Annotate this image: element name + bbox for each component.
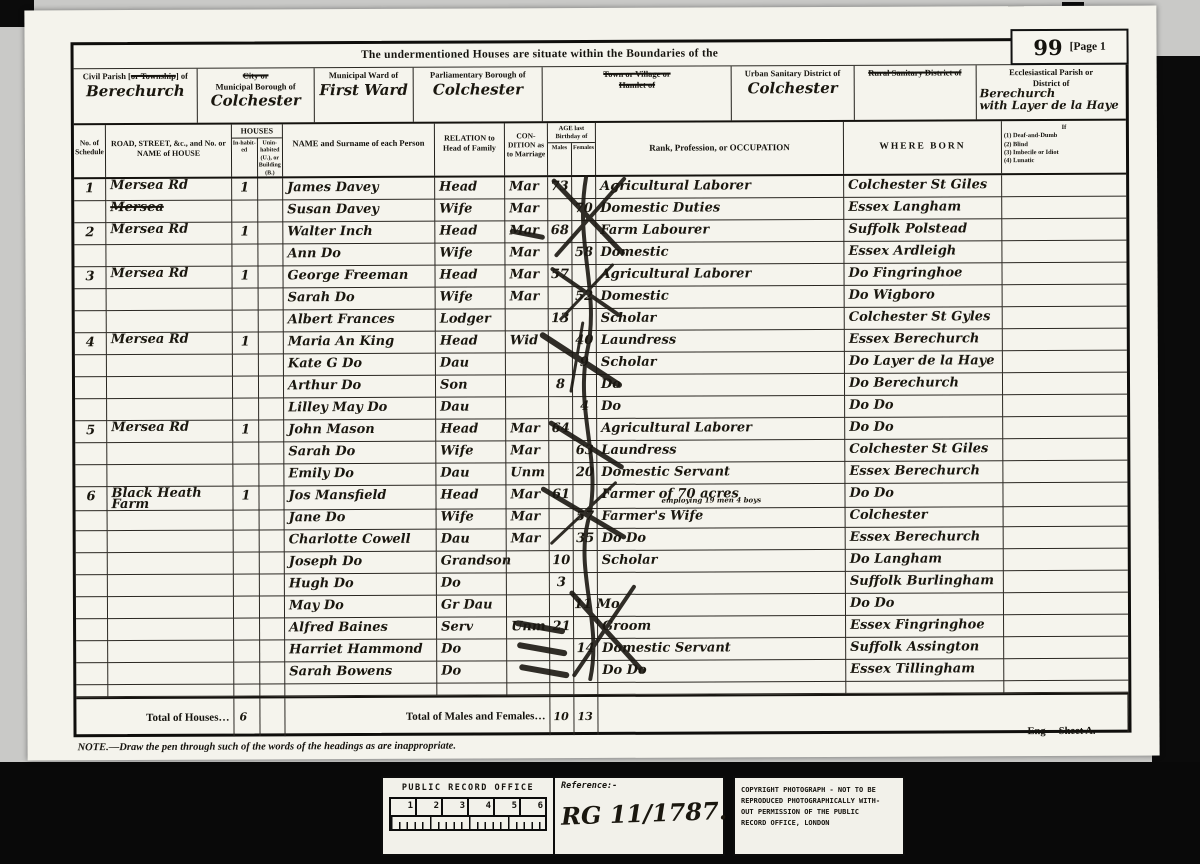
age-female-cell: 58 xyxy=(572,243,596,265)
schedule-cell xyxy=(75,443,107,465)
age-male-cell xyxy=(549,353,573,375)
folio-number: 99 xyxy=(1033,34,1062,59)
age-male-cell: 61 xyxy=(549,485,573,509)
ruler-ticks xyxy=(389,815,547,831)
age-male-cell xyxy=(549,287,573,309)
age-female-cell: 11 Mo xyxy=(574,595,598,617)
name-cell: Maria An King xyxy=(284,332,436,355)
where-born-cell: Do Do xyxy=(846,593,1004,616)
age-female-cell xyxy=(572,221,596,243)
inhabited-cell xyxy=(234,530,260,552)
schedule-cell xyxy=(75,355,107,377)
ruler-inch-number: 4 xyxy=(469,799,495,815)
relation-cell: Dau xyxy=(436,463,506,485)
condition-cell: Mar xyxy=(505,221,548,243)
where-born-cell: Essex Berechurch xyxy=(845,329,1003,352)
uninhabited-cell xyxy=(260,662,285,684)
relation-cell: Do xyxy=(437,639,507,661)
name-cell: May Do xyxy=(285,596,437,619)
road-cell xyxy=(107,443,233,466)
road-cell: Mersea Rd xyxy=(107,333,233,356)
col-header-females: Females xyxy=(572,143,595,176)
road-cell xyxy=(108,575,234,598)
relation-cell: Serv xyxy=(437,617,507,639)
disability-cell xyxy=(1003,329,1127,352)
condition-cell xyxy=(506,309,549,331)
occupation-cell: Do xyxy=(597,396,845,419)
relation-cell: Head xyxy=(435,221,505,243)
age-female-cell: 40 xyxy=(573,331,597,353)
name-cell: George Freeman xyxy=(283,266,435,289)
condition-cell: Mar xyxy=(505,177,548,199)
total-houses-label: Total of Houses… xyxy=(76,699,234,738)
relation-cell: Wife xyxy=(435,199,505,221)
total-houses-value: 6 xyxy=(234,698,260,736)
disability-cell xyxy=(1004,593,1128,616)
inhabited-cell xyxy=(233,442,259,464)
age-female-cell xyxy=(574,573,598,595)
disability-cell xyxy=(1004,527,1128,550)
schedule-cell xyxy=(76,597,108,619)
occupation-cell: Domestic Servant xyxy=(598,638,846,661)
relation-cell: Wife xyxy=(436,287,506,309)
road-cell xyxy=(108,553,234,576)
disability-cell xyxy=(1003,395,1127,418)
relation-cell: Dau xyxy=(437,529,507,551)
disability-cell xyxy=(1003,307,1127,330)
age-female-cell: 63 xyxy=(573,441,597,463)
table-header: No. ofSchedule ROAD, STREET, &c., and No… xyxy=(74,121,1126,180)
road-cell xyxy=(108,663,234,686)
inhabited-cell xyxy=(234,552,260,574)
condition-cell xyxy=(507,595,550,617)
schedule-cell xyxy=(76,575,108,597)
disability-cell xyxy=(1004,505,1128,528)
road-cell xyxy=(108,641,234,664)
col-header-inhabited: In-habit-ed xyxy=(232,138,258,177)
occupation-cell: Scholar xyxy=(598,550,846,573)
col-header-name: NAME and Surname of each Person xyxy=(283,124,435,177)
where-born-cell: Do Do xyxy=(845,483,1003,508)
age-male-cell xyxy=(550,595,574,617)
condition-cell: Mar xyxy=(506,287,549,309)
inhabited-cell: 1 xyxy=(232,222,258,244)
relation-cell: Gr Dau xyxy=(437,595,507,617)
district-label: Rural Sanitary District of xyxy=(857,67,972,78)
district-label: Town or Village or Hamlet of xyxy=(546,68,728,90)
age-male-cell xyxy=(550,529,574,551)
uninhabited-cell xyxy=(259,310,284,332)
road-cell: Mersea Rd xyxy=(106,223,232,246)
where-born-cell: Suffolk Polstead xyxy=(844,219,1002,242)
reference-label: Reference:- xyxy=(561,781,717,791)
reference-box: Reference:- RG 11/1787. xyxy=(555,778,723,854)
disability-cell xyxy=(1002,175,1126,198)
occupation-cell: Farmer's Wife xyxy=(598,506,846,529)
name-cell: John Mason xyxy=(284,420,436,443)
inhabited-cell xyxy=(233,398,259,420)
district-value: Colchester xyxy=(735,80,850,96)
inhabited-cell: 1 xyxy=(232,266,258,288)
relation-cell: Dau xyxy=(436,353,506,375)
road-cell xyxy=(107,377,233,400)
name-cell: Susan Davey xyxy=(283,200,435,223)
ruler-inch-number: 6 xyxy=(521,799,545,815)
road-cell: Mersea xyxy=(106,201,232,224)
relation-cell: Dau xyxy=(436,397,506,419)
age-male-cell: 57 xyxy=(548,265,572,287)
where-born-cell: Essex Fingringhoe xyxy=(846,615,1004,638)
where-born-cell: Suffolk Assington xyxy=(846,637,1004,660)
relation-cell: Head xyxy=(435,265,505,287)
page-label: [Page 1 xyxy=(1070,41,1106,53)
disability-cell xyxy=(1002,219,1126,242)
condition-cell: Wid xyxy=(506,331,549,353)
condition-cell xyxy=(507,661,550,683)
uninhabited-cell xyxy=(258,222,283,244)
inhabited-cell xyxy=(234,596,260,618)
relation-cell: Son xyxy=(436,375,506,397)
road-cell xyxy=(107,465,233,488)
table-body: 1Mersea Rd1James DaveyHeadMar73Agricultu… xyxy=(74,175,1128,686)
name-cell: Joseph Do xyxy=(285,552,437,575)
age-female-cell: 9 xyxy=(573,353,597,375)
name-cell: Walter Inch xyxy=(283,222,435,245)
district-cell-4: Town or Village or Hamlet of xyxy=(543,66,732,121)
reference-value: RG 11/1787. xyxy=(561,796,718,830)
age-female-cell: 52 xyxy=(573,287,597,309)
uninhabited-cell xyxy=(260,508,285,530)
road-cell xyxy=(107,355,233,378)
uninhabited-cell xyxy=(259,420,284,442)
condition-cell: Mar xyxy=(506,441,549,463)
total-males-females-label: Total of Males and Females… xyxy=(285,697,550,736)
condition-cell: Mar xyxy=(507,507,550,529)
relation-cell: Do xyxy=(437,573,507,595)
district-cell-2: Municipal Ward ofFirst Ward xyxy=(314,68,414,122)
age-female-cell xyxy=(574,661,598,683)
occupation-cell: Scholar xyxy=(597,352,845,375)
name-cell: Ann Do xyxy=(283,244,435,267)
occupation-note: employing 19 men 4 boys xyxy=(661,496,761,503)
age-male-cell xyxy=(550,507,574,529)
uninhabited-cell xyxy=(259,486,284,510)
inhabited-cell xyxy=(234,640,260,662)
age-male-cell: 3 xyxy=(550,573,574,595)
age-male-cell: 21 xyxy=(550,617,574,639)
disability-cell xyxy=(1003,417,1127,440)
inhabited-cell: 1 xyxy=(233,332,259,354)
name-cell: James Davey xyxy=(283,178,435,201)
age-female-cell: 35 xyxy=(574,529,598,551)
condition-cell: Mar xyxy=(505,199,548,221)
uninhabited-cell xyxy=(259,354,284,376)
footnote: NOTE.—Draw the pen through such of the w… xyxy=(78,741,456,754)
where-born-cell: Do Layer de la Haye xyxy=(845,351,1003,374)
occupation-cell: Agricultural Laborer xyxy=(597,418,845,441)
where-born-cell: Do Do xyxy=(845,395,1003,418)
inhabited-cell xyxy=(234,618,260,640)
road-cell xyxy=(108,531,234,554)
schedule-cell xyxy=(75,289,107,311)
ruler-inch-number: 3 xyxy=(443,799,469,815)
col-header-relation: RELATION to Head of Family xyxy=(435,123,505,175)
name-cell: Lilley May Do xyxy=(284,398,436,421)
schedule-cell: 4 xyxy=(75,333,107,355)
relation-cell: Head xyxy=(436,485,506,509)
road-cell xyxy=(106,245,232,268)
copyright-notice: COPYRIGHT PHOTOGRAPH - NOT TO BE REPRODU… xyxy=(733,776,905,856)
col-header-houses: HOUSES In-habit-ed Unin-habited (U.), or… xyxy=(232,124,283,176)
road-cell: Mersea Rd xyxy=(106,179,232,202)
uninhabited-cell xyxy=(259,332,284,354)
uninhabited-cell xyxy=(258,178,283,200)
schedule-cell xyxy=(74,201,106,223)
condition-cell: Unm xyxy=(506,463,549,485)
total-females-value: 13 xyxy=(574,697,598,735)
name-cell: Sarah Bowens xyxy=(285,662,437,685)
inhabited-cell xyxy=(233,288,259,310)
disability-cell xyxy=(1004,659,1128,682)
inhabited-cell xyxy=(234,574,260,596)
occupation-cell: Domestic Duties xyxy=(596,198,844,221)
age-female-cell xyxy=(573,309,597,331)
condition-cell: Unm xyxy=(507,617,550,639)
uninhabited-cell xyxy=(260,640,285,662)
inhabited-cell xyxy=(232,244,258,266)
col-header-age: AGE last Birthday of Males Females xyxy=(548,123,596,175)
name-cell: Harriet Hammond xyxy=(285,640,437,663)
district-cell-0: Civil Parish [or Township] ofBerechurch xyxy=(74,69,199,124)
name-cell: Charlotte Cowell xyxy=(285,530,437,553)
age-male-cell: 68 xyxy=(548,221,572,243)
where-born-cell: Do Berechurch xyxy=(845,373,1003,396)
name-cell: Jane Do xyxy=(285,508,437,531)
district-value: Berechurch with Layer de la Haye xyxy=(980,88,1123,112)
col-header-uninhabited: Unin-habited (U.), or Building (B.) xyxy=(257,138,282,177)
disability-cell xyxy=(1004,549,1128,572)
inhabited-cell xyxy=(234,508,260,530)
condition-cell: Mar xyxy=(505,265,548,287)
where-born-cell: Do Wigboro xyxy=(845,285,1003,308)
schedule-cell: 2 xyxy=(74,223,106,245)
occupation-cell: Laundress xyxy=(597,330,845,353)
uninhabited-cell xyxy=(260,596,285,618)
name-cell: Albert Frances xyxy=(284,310,436,333)
occupation-cell: Scholar xyxy=(597,308,845,331)
schedule-cell xyxy=(76,641,108,663)
name-cell: Sarah Do xyxy=(284,442,436,465)
age-male-cell: 64 xyxy=(549,419,573,441)
occupation-cell xyxy=(598,594,846,617)
form-title: The undermentioned Houses are situate wi… xyxy=(74,46,1006,62)
census-sheet: The undermentioned Houses are situate wi… xyxy=(24,6,1159,761)
inhabited-cell xyxy=(234,662,260,684)
age-female-cell: 57 xyxy=(574,507,598,529)
uninhabited-cell xyxy=(259,376,284,398)
condition-cell xyxy=(507,551,550,573)
occupation-cell: Domestic xyxy=(597,286,845,309)
age-male-cell: 10 xyxy=(550,551,574,573)
condition-cell: Mar xyxy=(506,419,549,441)
pro-office-box: PUBLIC RECORD OFFICE 123456 xyxy=(383,778,555,854)
name-cell: Hugh Do xyxy=(285,574,437,597)
relation-cell: Wife xyxy=(435,243,505,265)
age-male-cell xyxy=(548,243,572,265)
uninhabited-cell xyxy=(259,288,284,310)
col-header-where-born: WHERE BORN xyxy=(844,121,1002,174)
district-cell-6: Rural Sanitary District of xyxy=(854,65,977,120)
age-male-cell xyxy=(549,441,573,463)
occupation-cell: Do Do xyxy=(598,660,846,683)
disability-cell xyxy=(1003,483,1127,508)
age-female-cell xyxy=(574,617,598,639)
col-header-road: ROAD, STREET, &c., and No. or NAME of HO… xyxy=(106,125,232,178)
inhabited-cell xyxy=(232,200,258,222)
where-born-cell: Colchester St Gyles xyxy=(845,307,1003,330)
road-cell xyxy=(107,289,233,312)
age-female-cell: 14 xyxy=(574,639,598,661)
condition-cell xyxy=(506,353,549,375)
relation-cell: Lodger xyxy=(436,309,506,331)
age-female-cell xyxy=(572,177,596,199)
schedule-cell xyxy=(76,509,108,531)
name-cell: Alfred Baines xyxy=(285,618,437,641)
condition-cell: Mar xyxy=(506,485,549,509)
age-female-cell: 20 xyxy=(573,463,597,485)
disability-cell xyxy=(1004,637,1128,660)
occupation-cell: Agricultural Laborer xyxy=(596,176,844,199)
road-cell xyxy=(107,399,233,422)
age-female-cell: 70 xyxy=(572,199,596,221)
schedule-cell xyxy=(74,245,106,267)
district-label: Urban Sanitary District of xyxy=(735,68,850,79)
district-cell-1: City orMunicipal Borough ofColchester xyxy=(198,68,315,123)
inhabited-cell: 1 xyxy=(232,178,258,200)
uninhabited-cell xyxy=(259,464,284,486)
census-form: The undermentioned Houses are situate wi… xyxy=(71,38,1132,738)
relation-cell: Grandson xyxy=(437,551,507,573)
age-male-cell: 13 xyxy=(549,309,573,331)
district-label: Civil Parish [or Township] of xyxy=(77,71,194,82)
col-header-schedule: No. ofSchedule xyxy=(74,125,106,177)
road-cell: Mersea Rd xyxy=(106,267,232,290)
disability-cell xyxy=(1003,439,1127,462)
occupation-cell: Groom xyxy=(598,616,846,639)
where-born-cell: Essex Berechurch xyxy=(845,461,1003,484)
age-female-cell xyxy=(573,485,597,509)
occupation-cell: Domestic Servant xyxy=(597,462,845,485)
district-label: Municipal Ward of xyxy=(317,70,409,81)
road-cell: Mersea Rd xyxy=(107,421,233,444)
where-born-cell: Do Fingringhoe xyxy=(844,263,1002,286)
where-born-cell: Do Do xyxy=(845,417,1003,440)
district-value: Colchester xyxy=(417,82,539,98)
schedule-cell: 3 xyxy=(74,267,106,289)
name-cell: Jos Mansfield xyxy=(284,486,436,511)
relation-cell: Wife xyxy=(437,507,507,529)
occupation-cell: Do xyxy=(597,374,845,397)
relation-cell: Do xyxy=(437,661,507,683)
uninhabited-cell xyxy=(260,618,285,640)
district-header-row: Civil Parish [or Township] ofBerechurchC… xyxy=(74,65,1126,126)
schedule-cell xyxy=(76,663,108,685)
totals-row: Total of Houses… 6 Total of Males and Fe… xyxy=(76,693,1128,738)
col-header-condition: CON-DITION as to Marriage xyxy=(505,123,548,175)
pro-office-name: PUBLIC RECORD OFFICE xyxy=(389,783,547,793)
ruler-inch-number: 1 xyxy=(391,799,417,815)
uninhabited-cell xyxy=(258,200,283,222)
road-cell xyxy=(108,509,234,532)
uninhabited-cell xyxy=(259,398,284,420)
condition-cell xyxy=(507,573,550,595)
where-born-cell: Essex Berechurch xyxy=(846,527,1004,550)
schedule-cell xyxy=(75,377,107,399)
schedule-cell xyxy=(75,311,107,333)
col-header-disabilities: If (1) Deaf-and-Dumb (2) Blind (3) Imbec… xyxy=(1002,121,1126,174)
disability-cell xyxy=(1003,351,1127,374)
where-born-cell: Do Langham xyxy=(846,549,1004,572)
pro-stamp: PUBLIC RECORD OFFICE 123456 Reference:- … xyxy=(381,776,905,856)
disability-cell xyxy=(1003,461,1127,484)
road-cell xyxy=(107,311,233,334)
schedule-cell xyxy=(76,619,108,641)
inhabited-cell xyxy=(233,310,259,332)
schedule-cell: 5 xyxy=(75,421,107,443)
where-born-cell: Essex Langham xyxy=(844,197,1002,220)
inhabited-cell: 1 xyxy=(233,486,259,510)
schedule-cell xyxy=(75,399,107,421)
uninhabited-cell xyxy=(259,442,284,464)
col-header-occupation: Rank, Profession, or OCCUPATION xyxy=(596,122,844,175)
schedule-cell: 6 xyxy=(75,487,107,511)
ruler-inch-number: 2 xyxy=(417,799,443,815)
district-value: Berechurch xyxy=(77,83,194,99)
age-male-cell xyxy=(550,639,574,661)
district-value: First Ward xyxy=(317,82,410,97)
occupation-cell: Farm Labourer xyxy=(596,220,844,243)
condition-cell: Mar xyxy=(507,529,550,551)
schedule-cell xyxy=(76,531,108,553)
where-born-cell: Suffolk Burlingham xyxy=(846,571,1004,594)
where-born-cell: Colchester St Giles xyxy=(844,175,1002,198)
inhabited-cell xyxy=(233,464,259,486)
page-number-box: 99 [Page 1 xyxy=(1010,29,1128,66)
occupation-cell xyxy=(598,572,846,595)
disability-cell xyxy=(1002,263,1126,286)
occupation-cell: Do Do xyxy=(598,528,846,551)
age-female-cell: 4 xyxy=(573,397,597,419)
district-cell-3: Parliamentary Borough ofColchester xyxy=(414,67,544,122)
inhabited-cell xyxy=(233,376,259,398)
uninhabited-cell xyxy=(260,552,285,574)
road-cell xyxy=(108,597,234,620)
total-males-value: 10 xyxy=(550,697,574,735)
condition-cell: Mar xyxy=(505,243,548,265)
where-born-cell: Essex Tillingham xyxy=(846,659,1004,682)
condition-cell xyxy=(506,397,549,419)
road-cell: Black Heath Farm xyxy=(107,487,233,512)
age-male-cell xyxy=(548,199,572,221)
occupation-cell: Agricultural Laborer xyxy=(596,264,844,287)
ruler-inches: 123456 xyxy=(389,797,547,815)
age-female-cell xyxy=(574,551,598,573)
age-male-cell: 8 xyxy=(549,375,573,397)
where-born-cell: Colchester St Giles xyxy=(845,439,1003,462)
relation-cell: Wife xyxy=(436,441,506,463)
district-value: Colchester xyxy=(201,93,310,108)
district-label: City orMunicipal Borough of xyxy=(201,70,310,92)
